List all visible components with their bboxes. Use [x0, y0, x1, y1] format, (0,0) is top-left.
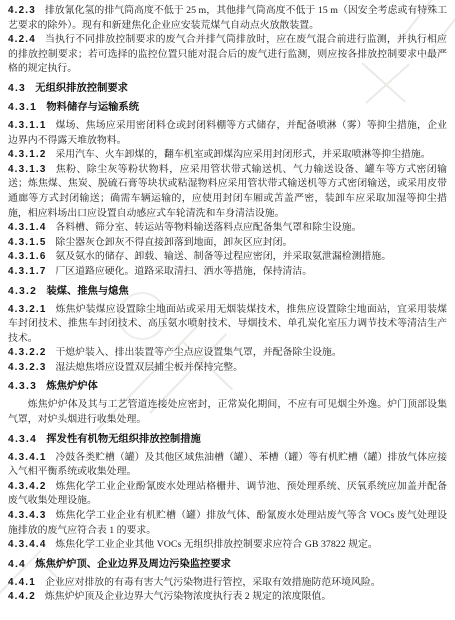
- clause: 4.4.1企业应对排放的有毒有害大气污染物进行管控，采取有效措施防范环境风险。: [8, 576, 447, 591]
- clause-number: 4.4.2: [8, 591, 36, 602]
- clause: 4.3.1.1煤场、焦场应采用密闭料仓或封闭料棚等方式储存，并配备喷淋（雾）等抑…: [8, 119, 447, 148]
- clause: 4.2.4当执行不同排放控制要求的废气合并排气筒排放时，应在废气混合前进行监测，…: [8, 33, 447, 77]
- clause-text: 炼焦化学工业企业其他 VOCs 无组织排放控制要求应符合 GB 37822 规定…: [55, 539, 377, 550]
- heading-text: 装煤、推焦与熄焦: [46, 286, 128, 297]
- clause-number: 4.3.2.3: [8, 362, 47, 373]
- clause-number: 4.3.1.1: [8, 120, 47, 131]
- clause-number: 4.2.3: [8, 5, 36, 16]
- clause-text: 炼焦化学工业企业有机贮槽（罐）排放气体、酚氰废水处理站废气等含 VOCs 废气处…: [8, 510, 447, 536]
- clause-text: 焦粉、除尘灰等粉状物料，应采用管状带式输送机、气力输送设备、罐车等方式密闭输送；…: [8, 164, 447, 219]
- clause-text: 炼焦化学工业企业酚氰废水处理站格栅井、调节池、预处理系统、厌氧系统应加盖并配备废…: [8, 481, 447, 507]
- clause: 4.3.4.4炼焦化学工业企业其他 VOCs 无组织排放控制要求应符合 GB 3…: [8, 538, 447, 553]
- clause-number: 4.3.1.4: [8, 222, 47, 233]
- clause: 4.3.4.3炼焦化学工业企业有机贮槽（罐）排放气体、酚氰废水处理站废气等含 V…: [8, 509, 447, 538]
- clause-text: 炼焦炉装煤应设置除尘地面站或采用无烟装煤技术，推焦应设置除尘地面站，宜采用装煤车…: [8, 304, 447, 344]
- clause-number: 4.4: [8, 559, 26, 570]
- clause-number: 4.3.4.2: [8, 481, 47, 492]
- clause: 4.3.1.4各料槽、筛分室、转运站等物料输送落料点应配备集气罩和除尘设施。: [8, 221, 447, 236]
- clause: 4.3.2.3湿法熄焦塔应设置双层捕尘板并保持完整。: [8, 361, 447, 376]
- document-content: 4.2.3排放氰化氢的排气筒高度不低于 25 m，其他排气筒高度不低于 15 m…: [0, 0, 455, 605]
- document-page: 4.2.3排放氰化氢的排气筒高度不低于 25 m，其他排气筒高度不低于 15 m…: [0, 0, 455, 620]
- clause-number: 4.3.4.1: [8, 452, 47, 463]
- body-paragraph: 炼焦炉炉体及其与工艺管道连接处应密封，正常炭化期间，不应有可见烟尘外逸。炉门顶部…: [8, 398, 447, 427]
- clause-number: 4.2.4: [8, 34, 36, 45]
- clause-number: 4.3.1.2: [8, 149, 47, 160]
- clause-number: 4.3: [8, 83, 26, 94]
- subsection-heading: 4.3.4挥发性有机物无组织排放控制措施: [8, 433, 447, 447]
- clause: 4.2.3排放氰化氢的排气筒高度不低于 25 m，其他排气筒高度不低于 15 m…: [8, 4, 447, 33]
- clause: 4.3.4.2炼焦化学工业企业酚氰废水处理站格栅井、调节池、预处理系统、厌氧系统…: [8, 480, 447, 509]
- clause-text: 湿法熄焦塔应设置双层捕尘板并保持完整。: [55, 362, 243, 373]
- section-heading: 4.3无组织排放控制要求: [8, 82, 447, 96]
- clause-number: 4.3.4: [8, 434, 37, 445]
- clause-text: 煤场、焦场应采用密闭料仓或封闭料棚等方式储存，并配备喷淋（雾）等抑尘措施，企业边…: [8, 120, 447, 146]
- heading-text: 挥发性有机物无组织排放控制措施: [46, 434, 200, 445]
- clause-text: 氨及氨水的储存、卸载、输送、制备等过程应密闭，并采取氨泄漏检测措施。: [55, 251, 391, 262]
- clause-text: 炼焦炉炉体及其与工艺管道连接处应密封，正常炭化期间，不应有可见烟尘外逸。炉门顶部…: [8, 399, 447, 425]
- heading-text: 无组织排放控制要求: [35, 83, 128, 94]
- subsection-heading: 4.3.2装煤、推焦与熄焦: [8, 285, 447, 299]
- clause: 4.3.1.5除尘器灰仓卸灰不得直接卸落到地面，卸灰区应封闭。: [8, 236, 447, 251]
- heading-text: 炼焦炉炉顶、企业边界及周边污染监控要求: [35, 559, 231, 570]
- clause-text: 厂区道路应硬化。道路采取清扫、洒水等措施，保持清洁。: [55, 266, 312, 277]
- clause: 4.4.2炼焦炉炉顶及企业边界大气污染物浓度执行表 2 规定的浓度限值。: [8, 590, 447, 605]
- clause: 4.3.1.2采用汽车、火车卸煤的，翻车机室或卸煤沟应采用封闭形式，并采取喷淋等…: [8, 148, 447, 163]
- clause-text: 各料槽、筛分室、转运站等物料输送落料点应配备集气罩和除尘设施。: [55, 222, 361, 233]
- clause-text: 炼焦炉炉顶及企业边界大气污染物浓度执行表 2 规定的浓度限值。: [45, 591, 331, 602]
- clause: 4.3.1.3焦粉、除尘灰等粉状物料，应采用管状带式输送机、气力输送设备、罐车等…: [8, 163, 447, 221]
- heading-text: 物料储存与运输系统: [46, 102, 139, 113]
- subsection-heading: 4.3.3炼焦炉炉体: [8, 380, 447, 394]
- clause-text: 企业应对排放的有毒有害大气污染物进行管控，采取有效措施防范环境风险。: [45, 577, 381, 588]
- clause-number: 4.3.1.3: [8, 164, 47, 175]
- clause-number: 4.3.3: [8, 381, 37, 392]
- clause-number: 4.3.1.5: [8, 237, 47, 248]
- clause-number: 4.3.1.6: [8, 251, 47, 262]
- clause-text: 当执行不同排放控制要求的废气合并排气筒排放时，应在废气混合前进行监测，并执行相应…: [8, 34, 447, 74]
- section-heading: 4.4炼焦炉炉顶、企业边界及周边污染监控要求: [8, 558, 447, 572]
- clause-text: 干熄炉装入、排出装置等产尘点应设置集气罩，并配备除尘设施。: [55, 347, 341, 358]
- clause: 4.3.2.2干熄炉装入、排出装置等产尘点应设置集气罩，并配备除尘设施。: [8, 346, 447, 361]
- clause-number: 4.3.1: [8, 102, 37, 113]
- clause: 4.3.2.1炼焦炉装煤应设置除尘地面站或采用无烟装煤技术，推焦应设置除尘地面站…: [8, 303, 447, 347]
- subsection-heading: 4.3.1物料储存与运输系统: [8, 101, 447, 115]
- clause-number: 4.3.1.7: [8, 266, 47, 277]
- clause-number: 4.3.2.1: [8, 304, 47, 315]
- clause-text: 采用汽车、火车卸煤的，翻车机室或卸煤沟应采用封闭形式，并采取喷淋等抑尘措施。: [55, 149, 430, 160]
- clause-text: 冷鼓各类贮槽（罐）及其他区域焦油槽（罐）、苯槽（罐）等有机贮槽（罐）排放气体应接…: [8, 452, 447, 478]
- clause: 4.3.1.6氨及氨水的储存、卸载、输送、制备等过程应密闭，并采取氨泄漏检测措施…: [8, 250, 447, 265]
- heading-text: 炼焦炉炉体: [46, 381, 97, 392]
- clause-number: 4.3.4.4: [8, 539, 47, 550]
- clause-number: 4.3.2.2: [8, 347, 47, 358]
- clause-number: 4.4.1: [8, 577, 36, 588]
- clause-text: 除尘器灰仓卸灰不得直接卸落到地面，卸灰区应封闭。: [55, 237, 292, 248]
- clause-number: 4.3.2: [8, 286, 37, 297]
- clause-number: 4.3.4.3: [8, 510, 47, 521]
- clause-text: 排放氰化氢的排气筒高度不低于 25 m，其他排气筒高度不低于 15 m（因安全考…: [8, 5, 447, 31]
- clause: 4.3.4.1冷鼓各类贮槽（罐）及其他区域焦油槽（罐）、苯槽（罐）等有机贮槽（罐…: [8, 451, 447, 480]
- clause: 4.3.1.7厂区道路应硬化。道路采取清扫、洒水等措施，保持清洁。: [8, 265, 447, 280]
